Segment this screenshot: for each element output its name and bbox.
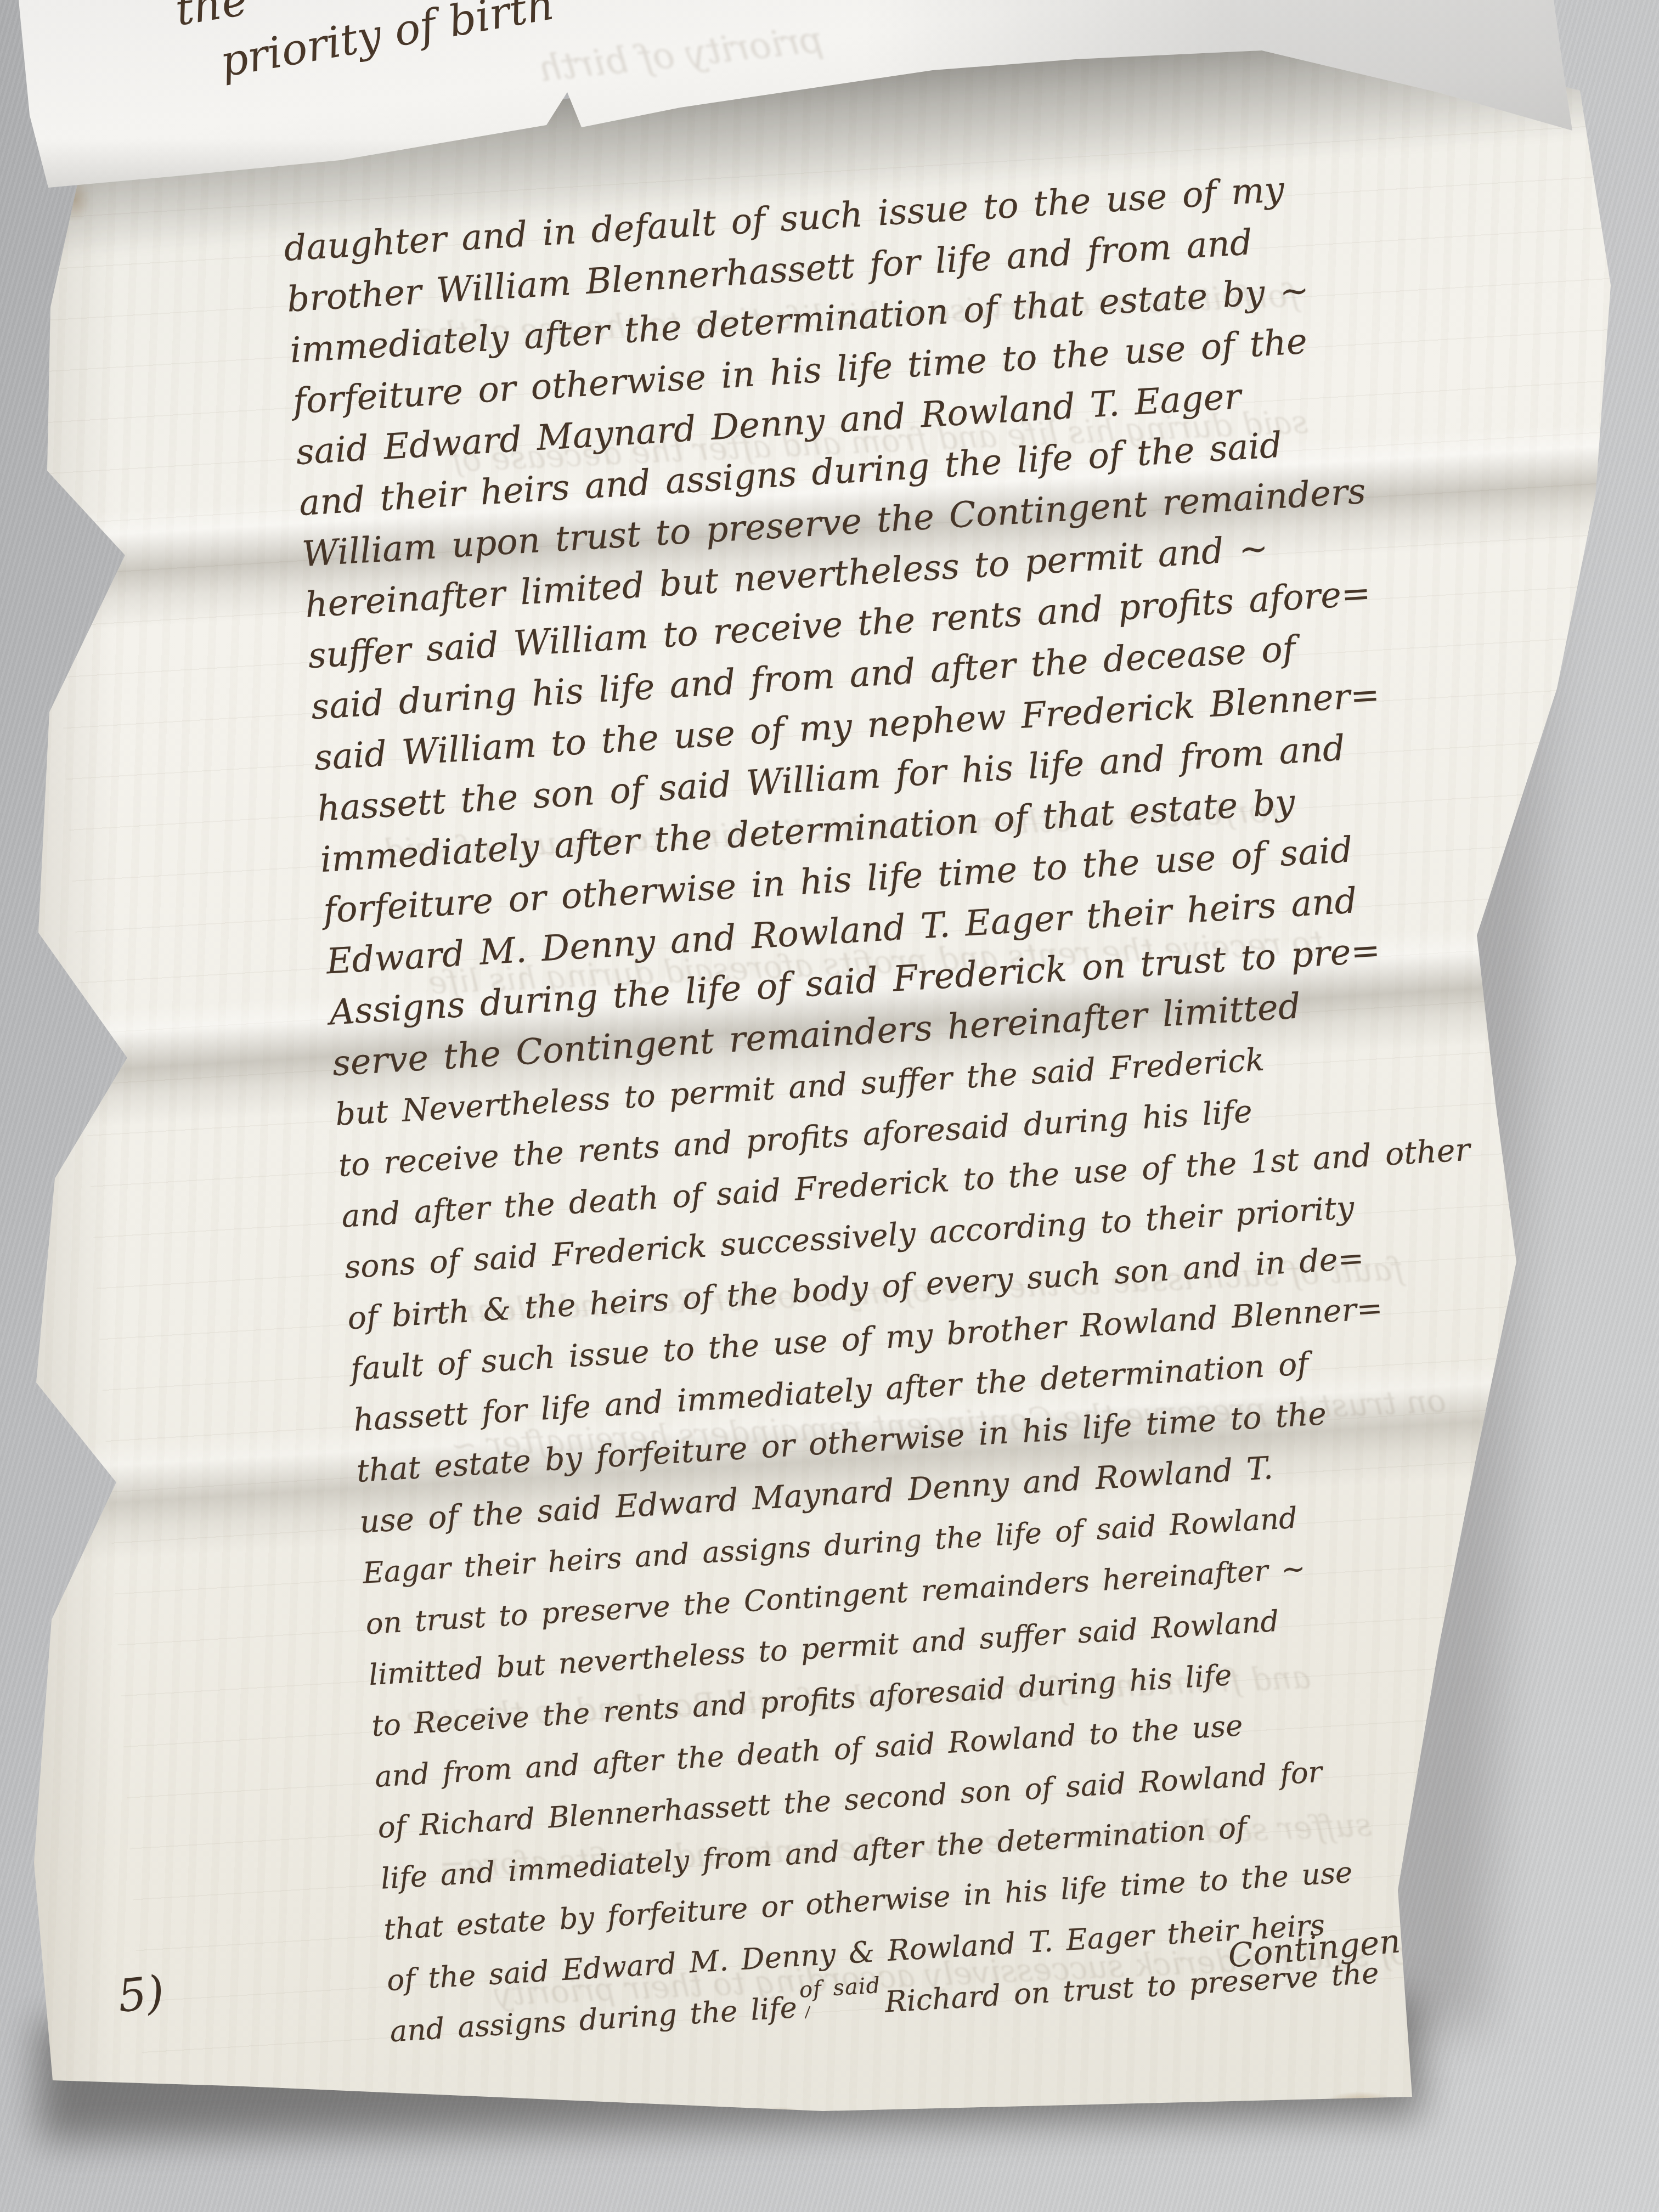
page-number: 5) [115, 1966, 167, 2023]
photograph-of-manuscript: forfeiture or otherwise in his life time… [0, 0, 1659, 2212]
interlinear-insertion: of said [799, 1973, 882, 2003]
manuscript-text-block: daughter and in default of such issue to… [283, 157, 1520, 2057]
curl-text-fragment: priority of birth [217, 0, 558, 87]
curl-text-fragment: the [172, 0, 251, 36]
bleedthrough-text: priority of birth [536, 18, 825, 90]
